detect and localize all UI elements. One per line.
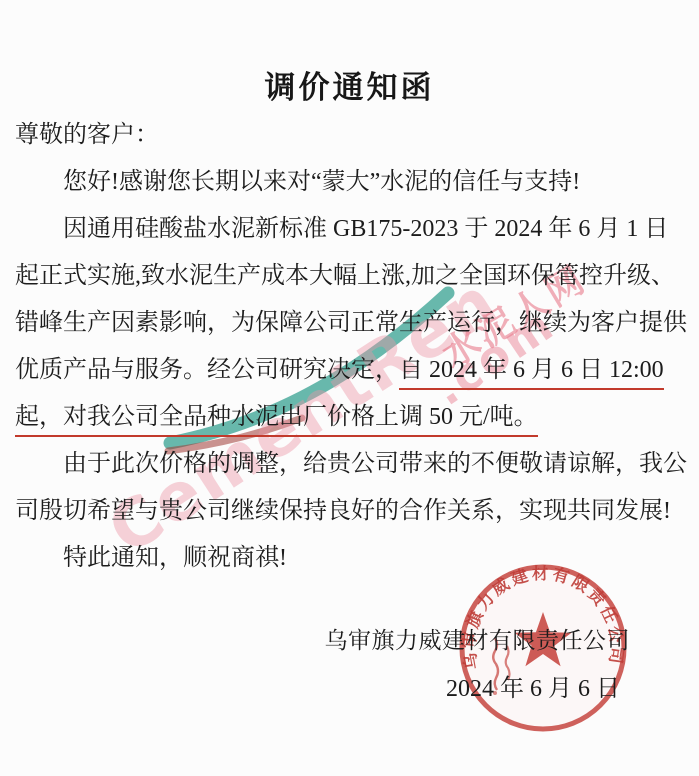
letter-page: CementRen 水泥人网 .com 乌审旗力威建材有限责任公司 调价通知函 … [0,0,699,776]
letter-body: 尊敬的客户： 您好!感谢您长期以来对“蒙大”水泥的信任与支持! 因通用硅酸盐水泥… [15,112,689,582]
body-line: 您好!感谢您长期以来对“蒙大”水泥的信任与支持! [15,159,689,206]
underlined-text: 起，对我公司全品种水泥出厂价格上调 50 元/吨。 [15,396,538,437]
body-text: 优质产品与服务。经公司研究决定， [15,357,399,383]
body-text: 司殷切希望与贵公司继续保持良好的合作关系，实现共同发展! [15,498,671,524]
body-text: 特此通知，顺祝商祺! [63,545,287,571]
body-text: 错峰生产因素影响，为保障公司正常生产运行，继续为客户提供 [15,310,687,336]
body-line: 因通用硅酸盐水泥新标准 GB175-2023 于 2024 年 6 月 1 日 [15,206,689,253]
body-line: 由于此次价格的调整，给贵公司带来的不便敬请谅解，我公 [15,441,689,488]
body-line: 特此通知，顺祝商祺! [15,535,689,582]
greeting-text: 尊敬的客户： [15,122,159,148]
body-text: 因通用硅酸盐水泥新标准 GB175-2023 于 2024 年 6 月 1 日 [63,216,668,242]
body-line: 起，对我公司全品种水泥出厂价格上调 50 元/吨。 [15,394,689,441]
body-text: 由于此次价格的调整，给贵公司带来的不便敬请谅解，我公 [63,451,687,477]
body-line: 错峰生产因素影响，为保障公司正常生产运行，继续为客户提供 [15,300,689,347]
body-text: 您好!感谢您长期以来对“蒙大”水泥的信任与支持! [63,169,580,195]
page-title: 调价通知函 [0,62,699,107]
signature-company: 乌审旗力威建材有限责任公司 [325,622,631,655]
body-line: 起正式实施,致水泥生产成本大幅上涨,加之全国环保管控升级、 [15,253,689,300]
underlined-text: 自 2024 年 6 月 6 日 12:00 [399,349,664,390]
body-line: 司殷切希望与贵公司继续保持良好的合作关系，实现共同发展! [15,488,689,535]
signature-date: 2024 年 6 月 6 日 [446,668,620,703]
body-text: 起正式实施,致水泥生产成本大幅上涨,加之全国环保管控升级、 [15,263,675,289]
body-line: 优质产品与服务。经公司研究决定，自 2024 年 6 月 6 日 12:00 [15,347,689,394]
greeting-line: 尊敬的客户： [15,112,689,159]
